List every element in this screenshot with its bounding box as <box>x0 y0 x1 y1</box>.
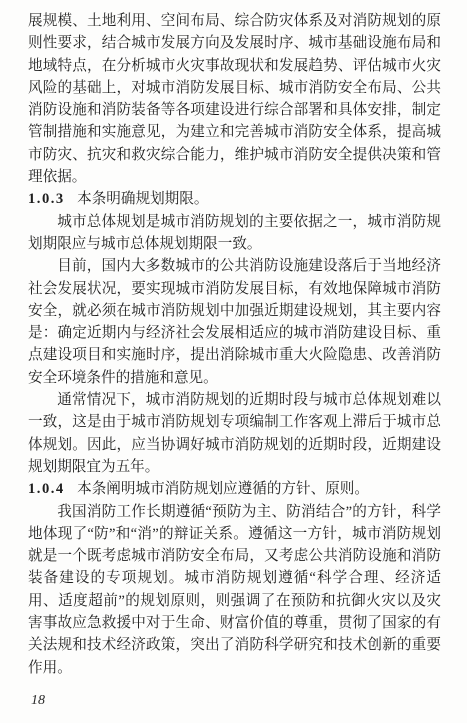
clause-heading-1-0-4: 1.0.4本条阐明城市消防规划应遵循的方针、原则。 <box>28 478 441 500</box>
clause-number: 1.0.3 <box>28 191 65 207</box>
paragraph: 城市总体规划是城市消防规划的主要依据之一，城市消防规划期限应与城市总体规划期限一… <box>28 211 441 256</box>
clause-title: 本条阐明城市消防规划应遵循的方针、原则。 <box>77 481 369 497</box>
paragraph-continuation: 展规模、土地利用、空间布局、综合防灾体系及对消防规划的原则性要求，结合城市发展方… <box>28 10 441 188</box>
page-number: 18 <box>28 690 441 712</box>
clause-title: 本条明确规划期限。 <box>77 191 208 207</box>
paragraph: 通常情况下，城市消防规划的近期时段与城市总体规划难以一致，这是由于城市消防规划专… <box>28 389 441 478</box>
document-page: 展规模、土地利用、空间布局、综合防灾体系及对消防规划的原则性要求，结合城市发展方… <box>0 0 467 723</box>
paragraph: 我国消防工作长期遵循“预防为主、防消结合”的方针，科学地体现了“防”和“消”的辩… <box>28 501 441 679</box>
paragraph: 目前，国内大多数城市的公共消防设施建设落后于当地经济社会发展状况，要实现城市消防… <box>28 255 441 389</box>
clause-number: 1.0.4 <box>28 481 65 497</box>
clause-heading-1-0-3: 1.0.3本条明确规划期限。 <box>28 188 441 210</box>
